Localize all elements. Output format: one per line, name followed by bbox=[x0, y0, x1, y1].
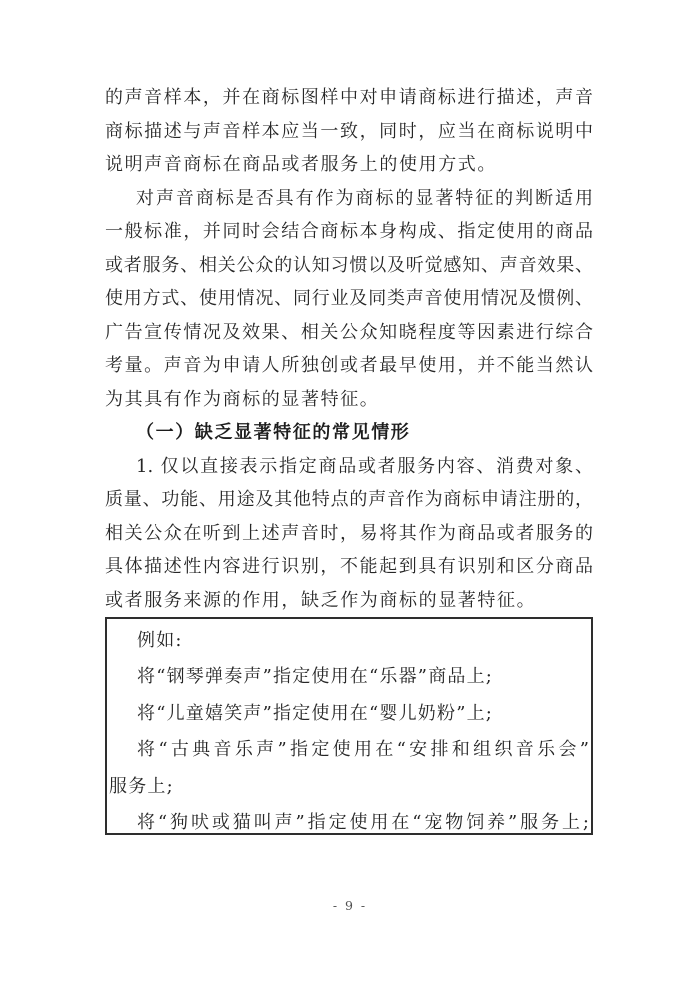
text-line: 具体描述性内容进行识别，不能起到具有识别和区分商品 bbox=[105, 550, 593, 584]
text-line: 质量、功能、用途及其他特点的声音作为商标申请注册的， bbox=[105, 483, 593, 517]
text-line: 或者服务来源的作用，缺乏作为商标的显著特征。 bbox=[105, 584, 593, 618]
text-line: 一般标准，并同时会结合商标本身构成、指定使用的商品 bbox=[105, 215, 593, 249]
section-heading: （一）缺乏显著特征的常见情形 bbox=[105, 416, 593, 450]
example-line: 服务上; bbox=[109, 769, 589, 805]
text-line: 说明声音商标在商品或者服务上的使用方式。 bbox=[105, 148, 593, 182]
example-line: 将“儿童嬉笑声”指定使用在“婴儿奶粉”上; bbox=[109, 696, 589, 732]
example-line: 将“钢琴弹奏声”指定使用在“乐器”商品上; bbox=[109, 659, 589, 695]
text-line: 考量。声音为申请人所独创或者最早使用，并不能当然认 bbox=[105, 349, 593, 383]
text-line: 使用方式、使用情况、同行业及同类声音使用情况及惯例、 bbox=[105, 282, 593, 316]
text-line: 广告宣传情况及效果、相关公众知晓程度等因素进行综合 bbox=[105, 316, 593, 350]
text-line: 的声音样本，并在商标图样中对申请商标进行描述，声音 bbox=[105, 81, 593, 115]
text-line: 或者服务、相关公众的认知习惯以及听觉感知、声音效果、 bbox=[105, 249, 593, 283]
text-line: 对声音商标是否具有作为商标的显著特征的判断适用 bbox=[105, 182, 593, 216]
example-line: 将“狗吠或猫叫声”指定使用在“宠物饲养”服务上; bbox=[109, 805, 589, 835]
example-line: 将“古典音乐声”指定使用在“安排和组织音乐会” bbox=[109, 732, 589, 768]
text-line: 1. 仅以直接表示指定商品或者服务内容、消费对象、 bbox=[105, 450, 593, 484]
page-number: - 9 - bbox=[0, 898, 700, 913]
text-line: 相关公众在听到上述声音时，易将其作为商品或者服务的 bbox=[105, 517, 593, 551]
document-body: 的声音样本，并在商标图样中对申请商标进行描述，声音 商标描述与声音样本应当一致，… bbox=[105, 81, 593, 835]
text-line: 商标描述与声音样本应当一致，同时，应当在商标说明中 bbox=[105, 115, 593, 149]
example-box: 例如: 将“钢琴弹奏声”指定使用在“乐器”商品上; 将“儿童嬉笑声”指定使用在“… bbox=[105, 617, 593, 835]
text-line: 为其具有作为商标的显著特征。 bbox=[105, 383, 593, 417]
example-line: 例如: bbox=[109, 623, 589, 659]
document-page: 的声音样本，并在商标图样中对申请商标进行描述，声音 商标描述与声音样本应当一致，… bbox=[0, 0, 700, 990]
